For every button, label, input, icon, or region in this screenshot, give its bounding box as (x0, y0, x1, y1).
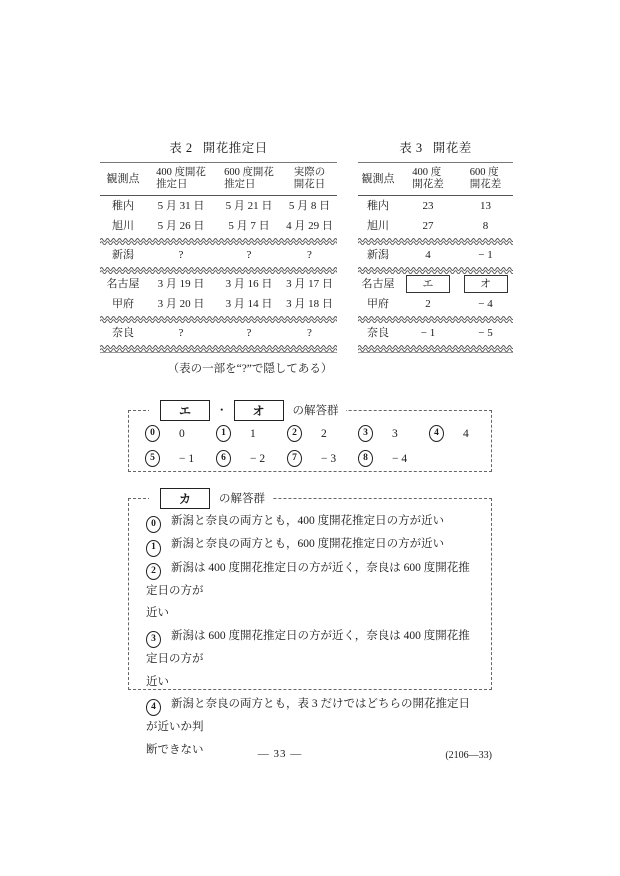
circled-number-4: 4 (146, 699, 161, 716)
table2-row-wakkanai: 稚内 5 月 31 日 5 月 21 日 5 月 8 日 (100, 196, 337, 216)
table2-row-nagoya: 名古屋 3 月 19 日 3 月 16 日 3 月 17 日 (100, 274, 337, 294)
option-text: 新潟は 400 度開花推定日の方が近く，奈良は 600 度開花推定日の方が 近い (146, 562, 470, 620)
table3-caption-title: 開花差 (433, 141, 472, 155)
option-1: 11 (216, 425, 287, 442)
table3-row-asahikawa: 旭川 27 8 (358, 216, 513, 236)
table3-header-400deg-line1: 400 度 (412, 167, 441, 178)
table3-row-wakkanai: 稚内 23 13 (358, 196, 513, 216)
table2-cell: ? (146, 327, 216, 340)
table3-header-400deg-line2: 開花差 (412, 179, 444, 190)
table2-row-nara: 奈良 ? ? ? (100, 323, 337, 343)
answer-group-e-o: エ ・ オ の解答群 00 11 22 33 44 5− 1 6− 2 7− 3… (128, 410, 492, 472)
circled-number-1: 1 (146, 540, 161, 557)
table3-cell: − 5 (458, 327, 513, 340)
answer-group-e-o-label: エ ・ オ の解答群 (149, 400, 346, 421)
circled-number-1: 1 (216, 425, 231, 442)
table2-header-actual-line1: 実際の (294, 167, 326, 178)
option-8: 8− 4 (358, 450, 429, 467)
option-6: 6− 2 (216, 450, 287, 467)
answer-options-list: 0新潟と奈良の両方とも，400 度開花推定日の方が近い 1新潟と奈良の両方とも，… (129, 499, 491, 761)
label-separator-dot: ・ (216, 401, 228, 421)
table2-cell: ? (216, 249, 282, 262)
option-0: 00 (145, 425, 216, 442)
table2-cell: 新潟 (100, 249, 146, 262)
option-text: 新潟と奈良の両方とも，600 度開花推定日の方が近い (171, 538, 444, 550)
table2-cell: ? (282, 327, 337, 340)
table3-header-600deg-line2: 開花差 (470, 179, 502, 190)
table2-cell: 奈良 (100, 327, 146, 340)
answer-placeholder-box-o: オ (464, 275, 508, 293)
table2-cell: ? (216, 327, 282, 340)
table3-row-nagoya: 名古屋 エ オ (358, 274, 513, 294)
table2-cell: 3 月 18 日 (282, 298, 337, 311)
option-4: 44 (429, 425, 500, 442)
torn-edge-wavy-line (100, 265, 337, 274)
table3-caption-number: 表 3 (399, 141, 422, 155)
option-value: − 3 (321, 453, 336, 465)
table2-header-600deg-line1: 600 度開花 (224, 167, 274, 178)
option-2: 22 (287, 425, 358, 442)
table3-cell: − 4 (458, 298, 513, 311)
table3-cell: 甲府 (358, 298, 398, 311)
answer-box-o: オ (234, 400, 284, 421)
table2-header-600deg: 600 度開花推定日 (216, 167, 282, 192)
option-value: 2 (321, 428, 327, 440)
table2-cell: 3 月 19 日 (146, 278, 216, 291)
table3-row-kofu: 甲府 2 − 4 (358, 294, 513, 314)
table2-header-400deg: 400 度開花推定日 (146, 167, 216, 192)
table2-header-400deg-line1: 400 度開花 (156, 167, 206, 178)
table3-cell: 13 (458, 200, 513, 213)
table2-cell: 5 月 26 日 (146, 220, 216, 233)
torn-edge-wavy-line (358, 314, 513, 323)
table2-caption: 表 2開花推定日 (100, 138, 337, 156)
table3-cell: 名古屋 (358, 278, 398, 291)
circled-number-4: 4 (429, 425, 444, 442)
table2-header-600deg-line2: 推定日 (224, 179, 256, 190)
table2-cell: 3 月 14 日 (216, 298, 282, 311)
table2-cell: 甲府 (100, 298, 146, 311)
table2-cell: 5 月 21 日 (216, 200, 282, 213)
table2-cell: 稚内 (100, 200, 146, 213)
table3-cell: 新潟 (358, 249, 398, 262)
table3-header-600deg-line1: 600 度 (470, 167, 499, 178)
table3-header-row: 観測点 400 度開花差 600 度開花差 (358, 163, 513, 196)
circled-number-0: 0 (145, 425, 160, 442)
table3-cell: 稚内 (358, 200, 398, 213)
table3-cell: 奈良 (358, 327, 398, 340)
torn-edge-wavy-line (358, 236, 513, 245)
table2-flowering-estimated-dates: 観測点 400 度開花推定日 600 度開花推定日 実際の開花日 稚内 5 月 … (100, 162, 337, 353)
answer-group-suffix: の解答群 (293, 401, 339, 421)
table2-row-kofu: 甲府 3 月 20 日 3 月 14 日 3 月 18 日 (100, 294, 337, 314)
table3-cell: 27 (398, 220, 458, 233)
circled-number-0: 0 (146, 516, 161, 533)
table-note: （表の一部を“?”で隠してある） (40, 360, 460, 376)
table2-cell: 5 月 7 日 (216, 220, 282, 233)
table2-header-400deg-line2: 推定日 (156, 179, 188, 190)
table2-cell: ? (282, 249, 337, 262)
option-0: 0新潟と奈良の両方とも，400 度開花推定日の方が近い (146, 510, 477, 533)
table3-row-niigata: 新潟 4 − 1 (358, 245, 513, 265)
circled-number-3: 3 (146, 631, 161, 648)
table2-cell: 名古屋 (100, 278, 146, 291)
torn-edge-wavy-line (100, 343, 337, 352)
circled-number-7: 7 (287, 450, 302, 467)
table3-cell: 4 (398, 249, 458, 262)
circled-number-8: 8 (358, 450, 373, 467)
option-7: 7− 3 (287, 450, 358, 467)
circled-number-6: 6 (216, 450, 231, 467)
table2-header-row: 観測点 400 度開花推定日 600 度開花推定日 実際の開花日 (100, 163, 337, 196)
table3-header-400deg: 400 度開花差 (398, 167, 458, 192)
option-2: 2新潟は 400 度開花推定日の方が近く，奈良は 600 度開花推定日の方が 近… (146, 557, 477, 625)
table3-caption: 表 3開花差 (358, 138, 513, 156)
option-value: 0 (179, 428, 185, 440)
answer-group-suffix: の解答群 (219, 489, 265, 509)
table2-cell: 3 月 17 日 (282, 278, 337, 291)
table2-cell: 4 月 29 日 (282, 220, 337, 233)
booklet-code: (2106—33) (445, 750, 492, 761)
torn-edge-wavy-line (100, 314, 337, 323)
table3-cell: − 1 (458, 249, 513, 262)
table2-cell: ? (146, 249, 216, 262)
torn-edge-wavy-line (358, 265, 513, 274)
table3-cell: 23 (398, 200, 458, 213)
table3-cell-placeholder-o: オ (458, 275, 513, 293)
table3-flowering-difference: 観測点 400 度開花差 600 度開花差 稚内 23 13 旭川 27 8 新… (358, 162, 513, 353)
option-value: 4 (463, 428, 469, 440)
table3-cell: − 1 (398, 327, 458, 340)
answer-group-ka-label: カ の解答群 (149, 488, 272, 509)
option-text: 新潟と奈良の両方とも，400 度開花推定日の方が近い (171, 515, 444, 527)
table2-row-niigata: 新潟 ? ? ? (100, 245, 337, 265)
table2-row-asahikawa: 旭川 5 月 26 日 5 月 7 日 4 月 29 日 (100, 216, 337, 236)
table3-cell: 2 (398, 298, 458, 311)
torn-edge-wavy-line (100, 236, 337, 245)
circled-number-3: 3 (358, 425, 373, 442)
answer-box-ka: カ (160, 488, 210, 509)
option-value: − 4 (392, 453, 407, 465)
option-value: − 2 (250, 453, 265, 465)
option-3: 33 (358, 425, 429, 442)
answer-placeholder-box-e: エ (406, 275, 450, 293)
option-text: 新潟は 600 度開花推定日の方が近く，奈良は 400 度開花推定日の方が 近い (146, 630, 470, 688)
option-value: 1 (250, 428, 256, 440)
circled-number-2: 2 (287, 425, 302, 442)
answer-group-ka: カ の解答群 0新潟と奈良の両方とも，400 度開花推定日の方が近い 1新潟と奈… (128, 498, 492, 690)
table2-caption-number: 表 2 (169, 141, 192, 155)
option-5: 5− 1 (145, 450, 216, 467)
table2-cell: 3 月 16 日 (216, 278, 282, 291)
answer-box-e: エ (160, 400, 210, 421)
table2-cell: 3 月 20 日 (146, 298, 216, 311)
table3-row-nara: 奈良 − 1 − 5 (358, 323, 513, 343)
table2-cell: 旭川 (100, 220, 146, 233)
table2-cell: 5 月 8 日 (282, 200, 337, 213)
table2-caption-title: 開花推定日 (203, 141, 268, 155)
exam-page: { "colors": { "ink": "#1b1b1b", "rule": … (0, 0, 620, 876)
table2-header-actual: 実際の開花日 (282, 167, 337, 192)
circled-number-2: 2 (146, 563, 161, 580)
table3-header-station: 観測点 (358, 173, 398, 186)
table3-header-600deg: 600 度開花差 (458, 167, 513, 192)
table2-header-station: 観測点 (100, 173, 146, 186)
table3-cell: 8 (458, 220, 513, 233)
table3-cell-placeholder-e: エ (398, 275, 458, 293)
torn-edge-wavy-line (358, 343, 513, 352)
option-value: − 1 (179, 453, 194, 465)
option-value: 3 (392, 428, 398, 440)
table2-header-actual-line2: 開花日 (294, 179, 326, 190)
circled-number-5: 5 (145, 450, 160, 467)
option-3: 3新潟は 600 度開花推定日の方が近く，奈良は 400 度開花推定日の方が 近… (146, 625, 477, 693)
table3-cell: 旭川 (358, 220, 398, 233)
option-1: 1新潟と奈良の両方とも，600 度開花推定日の方が近い (146, 533, 477, 556)
table2-cell: 5 月 31 日 (146, 200, 216, 213)
